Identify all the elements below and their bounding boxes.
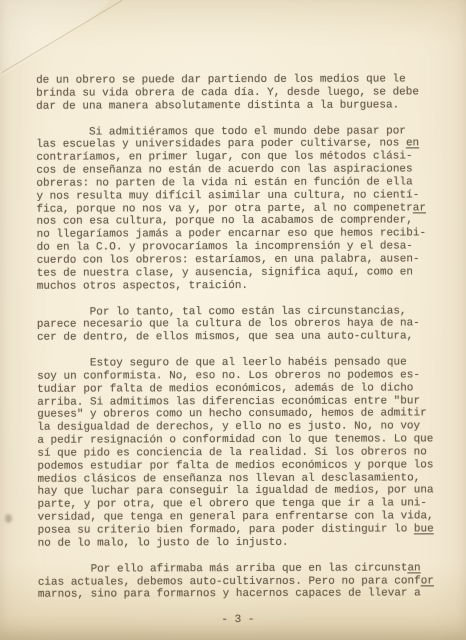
text-line: Estoy seguro de que al leerlo habéis pen… — [37, 356, 441, 370]
text-line: sí que pido es conciencia de la realidad… — [37, 446, 441, 460]
text-line: y nos resulta muy difícil asimilar una c… — [36, 189, 440, 203]
text-line: Por ello afirmaba más arriba que en las … — [38, 562, 442, 576]
paragraph: Si admitiéramos que todo el mundo debe p… — [36, 125, 441, 293]
page-corner-crease — [2, 0, 123, 73]
text-line: no de lo malo, lo justo de lo injusto. — [38, 536, 442, 550]
text-line: muchos otros aspectos, traición. — [37, 279, 441, 293]
page-number: - 3 - — [38, 614, 438, 628]
underlined-fragment: ar — [413, 202, 426, 214]
text-line: obreras: no parten de la vida ni están e… — [36, 176, 440, 190]
underlined-fragment: en — [406, 138, 419, 150]
text-line: podemos estudiar por falta de medios eco… — [37, 459, 441, 473]
scanned-page: de un obrero se puede dar partiendo de l… — [0, 0, 466, 640]
text-line: cuerdo con los obreros: estaríamos, en u… — [37, 253, 441, 267]
paragraph: Por ello afirmaba más arriba que en las … — [38, 562, 442, 602]
text-line: tes de nuestra clase, y ausencia, signif… — [37, 266, 441, 280]
paragraph: Estoy seguro de que al leerlo habéis pen… — [37, 356, 442, 550]
underlined-fragment: or — [421, 575, 434, 587]
text-line: posea su criterio bien formado, para pod… — [38, 523, 442, 537]
underlined-fragment: bue — [414, 523, 434, 535]
paragraph: de un obrero se puede dar partiendo de l… — [36, 73, 440, 113]
text-line: cos de enseñanza no están de acuerdo con… — [36, 163, 440, 177]
text-line: de un obrero se puede dar partiendo de l… — [36, 73, 440, 87]
text-line: tudiar por falta de medios económicos, a… — [37, 382, 441, 396]
text-line: dar de una manera absolutamente distinta… — [36, 99, 440, 113]
ink-smudge — [5, 514, 12, 523]
text-line: soy un conformista. No, eso no. Los obre… — [37, 369, 441, 383]
underlined-fragment: an — [407, 562, 420, 574]
paragraph: Por lo tanto, tal como están las circuns… — [37, 305, 441, 345]
text-line: cer de dentro, de ellos mismos, que sea … — [37, 330, 441, 344]
text-line: brinda su vida obrera de cada día. Y, de… — [36, 86, 440, 100]
page-text: de un obrero se puede dar partiendo de l… — [36, 73, 442, 627]
text-line: marnos, sino para formarnos y hacernos c… — [38, 588, 442, 602]
page-corner-fold — [0, 0, 120, 78]
